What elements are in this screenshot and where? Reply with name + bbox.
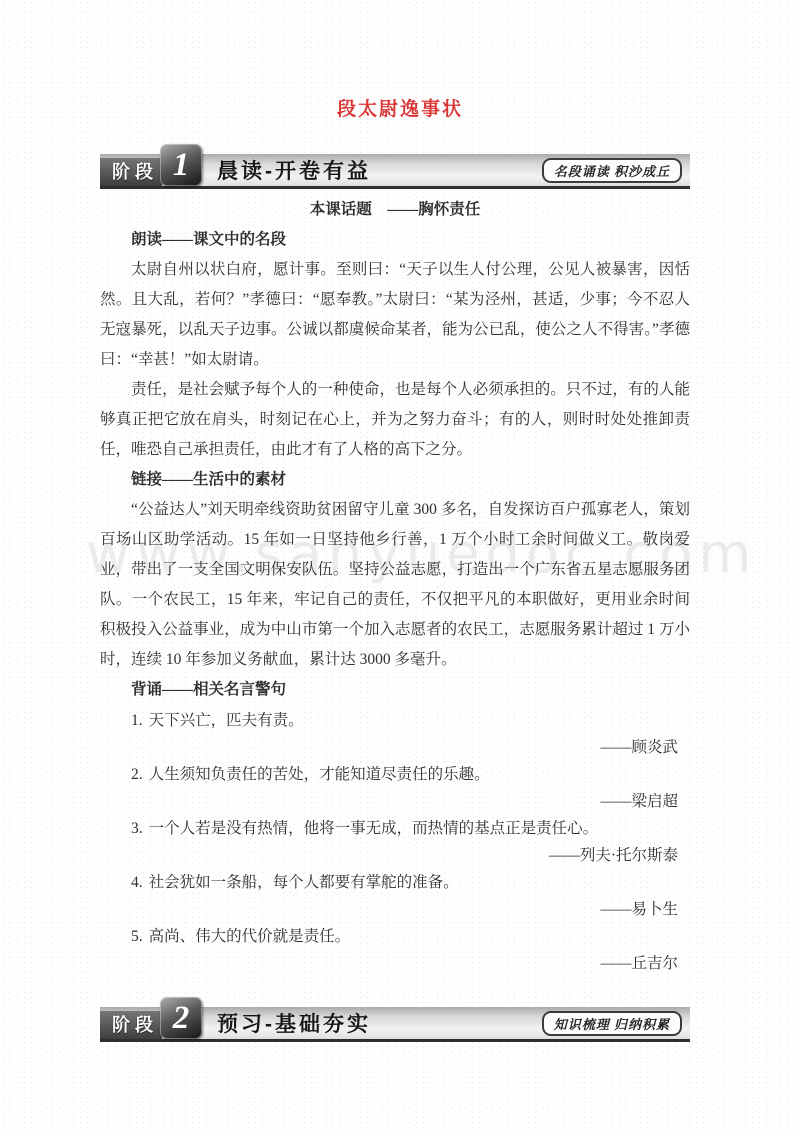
quote-text: 1.天下兴亡，匹夫有责。	[100, 707, 690, 734]
lesson-content: 本课话题 ——胸怀责任 朗读——课文中的名段 太尉自州以状白府，愿计事。至则曰：…	[100, 195, 690, 977]
quote-body: 一个人若是没有热情，他将一事无成，而热情的基点正是责任心。	[149, 820, 599, 837]
stage-1-badge: 名段诵读 积沙成丘	[542, 158, 682, 183]
quote-author: ——丘吉尔	[100, 950, 690, 977]
stage-2-label: 阶段	[100, 1011, 162, 1039]
quote-author: ——顾炎武	[100, 734, 690, 761]
quote-item: 1.天下兴亡，匹夫有责。 ——顾炎武	[100, 707, 690, 761]
quote-number: 3.	[131, 820, 143, 837]
stage-2-banner: 阶段 2 预习-基础夯实 知识梳理 归纳积累	[100, 1007, 690, 1042]
quote-author: ——列夫·托尔斯泰	[100, 842, 690, 869]
quote-item: 5.高尚、伟大的代价就是责任。 ——丘吉尔	[100, 923, 690, 977]
quote-author: ——易卜生	[100, 896, 690, 923]
quote-text: 2.人生须知负责任的苦处，才能知道尽责任的乐趣。	[100, 761, 690, 788]
quote-item: 4.社会犹如一条船，每个人都要有掌舵的准备。 ——易卜生	[100, 869, 690, 923]
comment-paragraph: 责任，是社会赋予每个人的一种使命，也是每个人必须承担的。只不过，有的人能够真正把…	[100, 375, 690, 465]
quote-item: 2.人生须知负责任的苦处，才能知道尽责任的乐趣。 ——梁启超	[100, 761, 690, 815]
quote-body: 社会犹如一条船，每个人都要有掌舵的准备。	[149, 874, 459, 891]
quote-body: 高尚、伟大的代价就是责任。	[149, 928, 351, 945]
reading-header: 朗读——课文中的名段	[100, 225, 690, 255]
stage-2-badge: 知识梳理 归纳积累	[542, 1011, 682, 1036]
stage-1-label: 阶段	[100, 158, 162, 186]
document-page: www.sanyuedoc.com 段太尉逸事状 阶段 1 晨读-开卷有益 名段…	[0, 0, 800, 1132]
quote-number: 4.	[131, 874, 143, 891]
stage-1-title: 晨读-开卷有益	[217, 155, 371, 185]
link-paragraph: “公益达人”刘天明牵线资助贫困留守儿童 300 多名，自发探访百户孤寡老人，策划…	[100, 495, 690, 675]
quote-author: ——梁启超	[100, 788, 690, 815]
quote-item: 3.一个人若是没有热情，他将一事无成，而热情的基点正是责任心。 ——列夫·托尔斯…	[100, 815, 690, 869]
stage-1-number: 1	[160, 144, 202, 186]
quote-number: 5.	[131, 928, 143, 945]
quote-list: 1.天下兴亡，匹夫有责。 ——顾炎武 2.人生须知负责任的苦处，才能知道尽责任的…	[100, 707, 690, 977]
stage-2-title: 预习-基础夯实	[217, 1008, 371, 1038]
stage-2-number: 2	[160, 997, 202, 1039]
quote-number: 2.	[131, 766, 143, 783]
quote-number: 1.	[131, 712, 143, 729]
quote-text: 4.社会犹如一条船，每个人都要有掌舵的准备。	[100, 869, 690, 896]
recite-header: 背诵——相关名言警句	[100, 675, 690, 705]
quote-body: 人生须知负责任的苦处，才能知道尽责任的乐趣。	[149, 766, 490, 783]
quote-text: 5.高尚、伟大的代价就是责任。	[100, 923, 690, 950]
quote-text: 3.一个人若是没有热情，他将一事无成，而热情的基点正是责任心。	[100, 815, 690, 842]
quote-body: 天下兴亡，匹夫有责。	[149, 712, 304, 729]
page-title: 段太尉逸事状	[0, 0, 800, 121]
topic-line: 本课话题 ——胸怀责任	[100, 195, 690, 225]
stage-1-banner: 阶段 1 晨读-开卷有益 名段诵读 积沙成丘	[100, 154, 690, 189]
reading-paragraph: 太尉自州以状白府，愿计事。至则曰：“天子以生人付公理，公见人被暴害，因恬然。且大…	[100, 255, 690, 375]
link-header: 链接——生活中的素材	[100, 465, 690, 495]
